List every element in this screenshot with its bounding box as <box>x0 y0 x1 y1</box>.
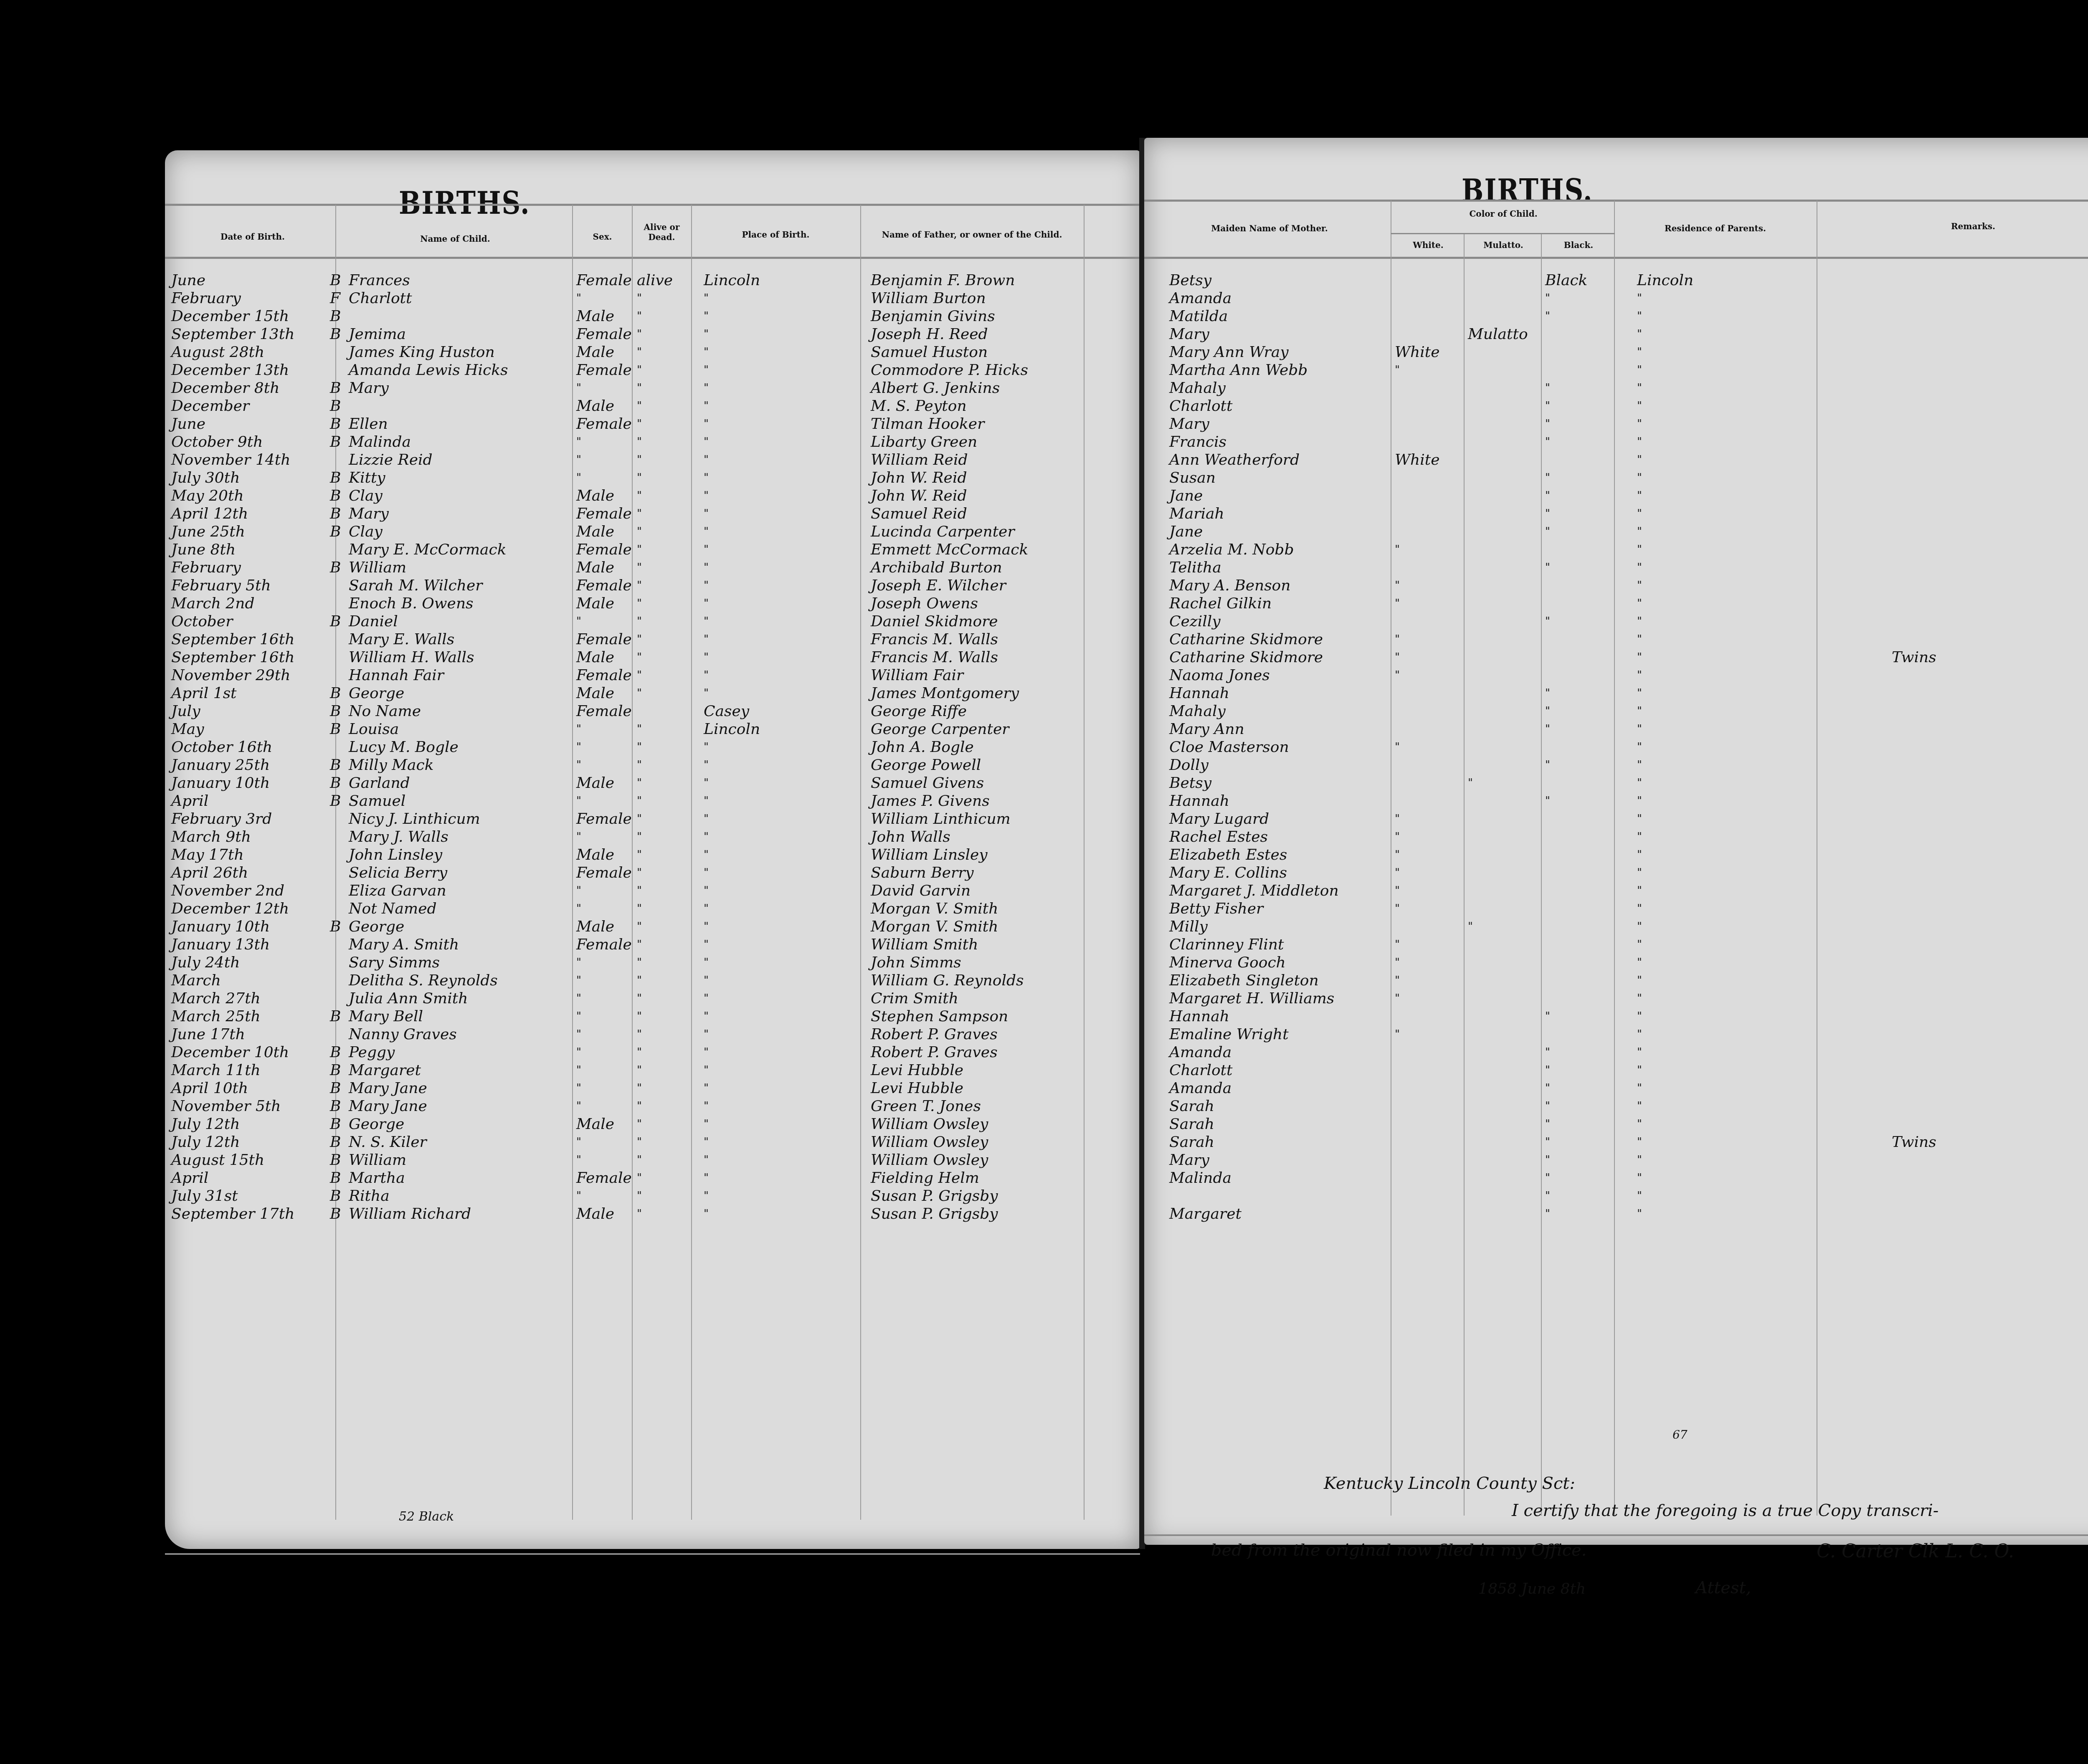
cell-black: " <box>1545 307 1550 325</box>
cell-alive: " <box>637 1025 642 1043</box>
cell-black: " <box>1545 1097 1550 1115</box>
cell-residence: " <box>1637 1079 1642 1097</box>
cell-name: Louisa <box>349 720 399 738</box>
cell-white: " <box>1395 595 1400 612</box>
cell-father: Benjamin F. Brown <box>871 271 1015 289</box>
cell-alive: " <box>637 523 642 541</box>
cell-mother: Susan <box>1169 469 1216 487</box>
cell-mother: Amanda <box>1169 289 1232 307</box>
cell-alive: " <box>637 1007 642 1025</box>
cell-place: Lincoln <box>704 720 760 738</box>
cell-date: June <box>171 415 205 433</box>
cell-father: William Fair <box>871 666 963 684</box>
cell-name: Lizzie Reid <box>349 451 433 469</box>
cell-mark: B <box>330 1151 341 1169</box>
cell-sex: " <box>576 612 581 630</box>
cell-date: April 12th <box>171 505 248 523</box>
cell-name: Sarah M. Wilcher <box>349 577 482 595</box>
cell-mark: B <box>330 469 341 487</box>
cell-residence: " <box>1637 1133 1642 1151</box>
cell-place: " <box>704 343 709 361</box>
cell-mother: Mary Lugard <box>1169 810 1269 828</box>
cell-residence: " <box>1637 379 1642 397</box>
cell-place: " <box>704 792 709 810</box>
cell-place: " <box>704 541 709 559</box>
cell-name: Milly Mack <box>349 756 433 774</box>
cell-date: December 12th <box>171 900 289 918</box>
record-row-right: Cloe Masterson"" <box>1144 738 2088 756</box>
cell-mother: Catharine Skidmore <box>1169 648 1323 666</box>
cell-alive: " <box>637 738 642 756</box>
cell-name: Ellen <box>349 415 388 433</box>
cell-name: George <box>349 1115 404 1133</box>
cell-date: December <box>171 397 249 415</box>
cell-residence: " <box>1637 810 1642 828</box>
cell-mother: Mary E. Collins <box>1169 864 1287 882</box>
cell-name: Lucy M. Bogle <box>349 738 459 756</box>
cell-residence: " <box>1637 289 1642 307</box>
cell-mother: Amanda <box>1169 1079 1232 1097</box>
header-color-of-child: Color of Child. <box>1393 209 1614 219</box>
record-row-right: Cezilly"" <box>1144 612 2088 630</box>
cell-black: Black <box>1545 271 1587 289</box>
record-row-left: August 15thBWilliam"""William Owsley <box>165 1151 1140 1169</box>
record-row-right: Margaret J. Middleton"" <box>1144 882 2088 900</box>
cell-father: William G. Reynolds <box>871 972 1024 990</box>
record-row-left: January 25thBMilly Mack"""George Powell <box>165 756 1140 774</box>
record-row-right: Betsy"" <box>1144 774 2088 792</box>
record-row-left: April 12thBMaryFemale""Samuel Reid <box>165 505 1140 523</box>
cell-father: Green T. Jones <box>871 1097 981 1115</box>
record-row-left: November 2ndEliza Garvan"""David Garvin <box>165 882 1140 900</box>
cell-mark: B <box>330 1061 341 1079</box>
cell-date: February 5th <box>171 577 271 595</box>
cell-mother: Mary <box>1169 1151 1209 1169</box>
cell-sex: Female <box>576 577 631 595</box>
cell-sex: Female <box>576 325 631 343</box>
header-top-rule <box>1144 200 2088 202</box>
cell-residence: " <box>1637 595 1642 612</box>
cell-place: " <box>704 415 709 433</box>
cell-sex: " <box>576 1025 581 1043</box>
cell-mark: B <box>330 1187 341 1205</box>
record-row-left: October 16thLucy M. Bogle"""John A. Bogl… <box>165 738 1140 756</box>
cell-place: " <box>704 1115 709 1133</box>
cell-place: Casey <box>704 702 749 720</box>
cell-mark: B <box>330 271 341 289</box>
cell-residence: Lincoln <box>1637 271 1693 289</box>
record-row-left: January 10thBGarlandMale""Samuel Givens <box>165 774 1140 792</box>
record-row-right: Dolly"" <box>1144 756 2088 774</box>
record-row-right: Betty Fisher"" <box>1144 900 2088 918</box>
cell-residence: " <box>1637 900 1642 918</box>
record-row-left: April 10thBMary Jane"""Levi Hubble <box>165 1079 1140 1097</box>
record-row-left: October 9thBMalinda"""Libarty Green <box>165 433 1140 451</box>
record-row-left: January 10thBGeorgeMale""Morgan V. Smith <box>165 918 1140 936</box>
cell-sex: " <box>576 738 581 756</box>
cell-residence: " <box>1637 720 1642 738</box>
cell-father: George Carpenter <box>871 720 1009 738</box>
cell-father: George Riffe <box>871 702 967 720</box>
cell-mother: Clarinney Flint <box>1169 936 1284 954</box>
cell-mulatto: Mulatto <box>1468 325 1528 343</box>
right-page-title: BIRTHS. <box>1462 172 1593 209</box>
record-row-left: March 27thJulia Ann Smith"""Crim Smith <box>165 990 1140 1007</box>
record-row-right: Sarah"" <box>1144 1097 2088 1115</box>
cell-white: White <box>1395 451 1439 469</box>
record-row-right: Martha Ann Webb"" <box>1144 361 2088 379</box>
cell-white: " <box>1395 954 1400 972</box>
cell-father: Susan P. Grigsby <box>871 1187 998 1205</box>
cell-place: " <box>704 469 709 487</box>
cell-white: " <box>1395 1025 1400 1043</box>
cell-name: Malinda <box>349 433 411 451</box>
cell-name: Ritha <box>349 1187 390 1205</box>
cell-alive: " <box>637 1169 642 1187</box>
record-row-right: Minerva Gooch"" <box>1144 954 2088 972</box>
cell-mother: Catharine Skidmore <box>1169 630 1323 648</box>
cell-date: April <box>171 792 208 810</box>
cell-white: " <box>1395 990 1400 1007</box>
cell-father: Lucinda Carpenter <box>871 523 1015 541</box>
record-row-right: BetsyBlackLincoln <box>1144 271 2088 289</box>
cell-sex: " <box>576 720 581 738</box>
cell-father: Saburn Berry <box>871 864 974 882</box>
cell-sex: Male <box>576 846 614 864</box>
cell-white: " <box>1395 541 1400 559</box>
cell-mulatto: " <box>1468 918 1473 936</box>
cell-father: Emmett McCormack <box>871 541 1028 559</box>
cell-residence: " <box>1637 1043 1642 1061</box>
cell-father: Tilman Hooker <box>871 415 984 433</box>
cell-mother: Ann Weatherford <box>1169 451 1300 469</box>
record-row-left: May 20thBClayMale""John W. Reid <box>165 487 1140 505</box>
cell-mark: B <box>330 1097 341 1115</box>
header-alive-or-dead: Alive or Dead. <box>633 222 690 242</box>
cell-residence: " <box>1637 559 1642 577</box>
record-row-left: April 1stBGeorgeMale""James Montgomery <box>165 684 1140 702</box>
cell-sex: Male <box>576 1115 614 1133</box>
cell-date: March 9th <box>171 828 251 846</box>
cell-white: " <box>1395 577 1400 595</box>
cell-father: Susan P. Grigsby <box>871 1205 998 1223</box>
cell-white: " <box>1395 630 1400 648</box>
cell-sex: Male <box>576 1205 614 1223</box>
footer-rule <box>1144 1534 2088 1536</box>
cell-place: " <box>704 1061 709 1079</box>
record-row-left: July 30thBKitty"""John W. Reid <box>165 469 1140 487</box>
cell-date: January 25th <box>171 756 270 774</box>
cell-mother: Mary A. Benson <box>1169 577 1290 595</box>
cell-place: " <box>704 1043 709 1061</box>
cell-sex: " <box>576 1151 581 1169</box>
cell-mark: B <box>330 379 341 397</box>
cell-place: " <box>704 379 709 397</box>
cell-mother: Hannah <box>1169 792 1229 810</box>
cell-father: John W. Reid <box>871 487 967 505</box>
cell-white: " <box>1395 864 1400 882</box>
cell-place: " <box>704 612 709 630</box>
cell-alive: " <box>637 684 642 702</box>
cell-mark: B <box>330 1043 341 1061</box>
cell-white: " <box>1395 361 1400 379</box>
cell-sex: " <box>576 828 581 846</box>
cell-sex: Female <box>576 630 631 648</box>
cell-sex: " <box>576 433 581 451</box>
cell-place: " <box>704 810 709 828</box>
record-row-left: September 16thWilliam H. WallsMale""Fran… <box>165 648 1140 666</box>
cell-place: " <box>704 954 709 972</box>
cell-sex: " <box>576 792 581 810</box>
record-row-left: December 12thNot Named"""Morgan V. Smith <box>165 900 1140 918</box>
cell-black: " <box>1545 1061 1550 1079</box>
cell-residence: " <box>1637 1187 1642 1205</box>
cell-mother: Mary Ann Wray <box>1169 343 1289 361</box>
record-row-right: Arzelia M. Nobb"" <box>1144 541 2088 559</box>
cell-mother: Francis <box>1169 433 1226 451</box>
cell-mother: Sarah <box>1169 1097 1214 1115</box>
cell-date: July 30th <box>171 469 240 487</box>
cell-name: Eliza Garvan <box>349 882 446 900</box>
cell-mulatto: " <box>1468 774 1473 792</box>
certification-line-3: bed from the original now filed in my Of… <box>1211 1541 1586 1560</box>
cell-residence: " <box>1637 577 1642 595</box>
cell-mark: B <box>330 918 341 936</box>
attest-label: Attest, <box>1695 1578 1751 1597</box>
cell-mark: B <box>330 325 341 343</box>
cell-sex: Male <box>576 684 614 702</box>
record-row-right: Sarah""Twins <box>1144 1133 2088 1151</box>
cell-mother: Cezilly <box>1169 612 1221 630</box>
cell-residence: " <box>1637 361 1642 379</box>
cell-date: September 16th <box>171 630 294 648</box>
cell-mother: Betty Fisher <box>1169 900 1263 918</box>
cell-black: " <box>1545 1169 1550 1187</box>
cell-name: Sary Simms <box>349 954 440 972</box>
cell-name: No Name <box>349 702 421 720</box>
cell-date: October 16th <box>171 738 272 756</box>
cell-father: Joseph H. Reed <box>871 325 988 343</box>
cell-name: George <box>349 918 404 936</box>
cell-name: Clay <box>349 523 383 541</box>
cell-mark: B <box>330 559 341 577</box>
cell-sex: " <box>576 1097 581 1115</box>
record-row-left: March 11thBMargaret"""Levi Hubble <box>165 1061 1140 1079</box>
header-bottom-rule <box>1144 257 2088 259</box>
cell-sex: Male <box>576 307 614 325</box>
cell-name: Samuel <box>349 792 405 810</box>
cell-alive: " <box>637 505 642 523</box>
cell-sex: Male <box>576 523 614 541</box>
cell-alive: " <box>637 954 642 972</box>
record-row-left: JulyBNo NameFemaleCaseyGeorge Riffe <box>165 702 1140 720</box>
cell-mother: Dolly <box>1169 756 1209 774</box>
cell-father: Joseph E. Wilcher <box>871 577 1006 595</box>
cell-place: Lincoln <box>704 271 760 289</box>
cell-white: " <box>1395 648 1400 666</box>
record-row-right: Hannah"" <box>1144 792 2088 810</box>
cell-place: " <box>704 990 709 1007</box>
cell-father: Archibald Burton <box>871 559 1002 577</box>
cell-residence: " <box>1637 648 1642 666</box>
cell-mother: Mary Ann <box>1169 720 1244 738</box>
cell-father: William Smith <box>871 936 978 954</box>
header-top-rule <box>165 204 1140 206</box>
record-row-right: Mary A. Benson"" <box>1144 577 2088 595</box>
cell-date: November 2nd <box>171 882 284 900</box>
record-row-left: OctoberBDaniel"""Daniel Skidmore <box>165 612 1140 630</box>
record-row-right: Catharine Skidmore""Twins <box>1144 648 2088 666</box>
cell-mother: Emaline Wright <box>1169 1025 1289 1043</box>
cell-place: " <box>704 559 709 577</box>
cell-sex: Male <box>576 774 614 792</box>
cell-date: February <box>171 289 241 307</box>
cell-date: August 15th <box>171 1151 264 1169</box>
cell-name: Martha <box>349 1169 405 1187</box>
cell-residence: " <box>1637 828 1642 846</box>
cell-black: " <box>1545 1187 1550 1205</box>
cell-mother: Betsy <box>1169 271 1211 289</box>
cell-black: " <box>1545 792 1550 810</box>
record-row-left: September 17thBWilliam RichardMale""Susa… <box>165 1205 1140 1223</box>
cell-sex: " <box>576 954 581 972</box>
cell-sex: Male <box>576 487 614 505</box>
record-row-left: FebruaryFCharlott"""William Burton <box>165 289 1140 307</box>
cell-sex: Female <box>576 1169 631 1187</box>
cell-alive: " <box>637 846 642 864</box>
cell-place: " <box>704 1187 709 1205</box>
cell-black: " <box>1545 397 1550 415</box>
color-subheader-rule <box>1391 233 1615 234</box>
cell-date: May 20th <box>171 487 244 505</box>
cell-alive: " <box>637 918 642 936</box>
header-mulatto: Mulatto. <box>1466 240 1541 250</box>
cell-name: Enoch B. Owens <box>349 595 474 612</box>
cell-alive: " <box>637 1115 642 1133</box>
cell-father: Joseph Owens <box>871 595 978 612</box>
cell-place: " <box>704 900 709 918</box>
cell-date: January 10th <box>171 774 270 792</box>
cell-residence: " <box>1637 936 1642 954</box>
cell-black: " <box>1545 1205 1550 1223</box>
record-row-right: Malinda"" <box>1144 1169 2088 1187</box>
cell-name: William <box>349 559 406 577</box>
cell-sex: " <box>576 1079 581 1097</box>
cell-black: " <box>1545 559 1550 577</box>
record-row-right: Amanda"" <box>1144 1043 2088 1061</box>
record-row-left: August 28thJames King HustonMale""Samuel… <box>165 343 1140 361</box>
cell-white: " <box>1395 882 1400 900</box>
cell-date: February <box>171 559 241 577</box>
cell-sex: Female <box>576 361 631 379</box>
cell-father: Samuel Huston <box>871 343 988 361</box>
record-row-right: Matilda"" <box>1144 307 2088 325</box>
cell-name: Selicia Berry <box>349 864 447 882</box>
header-date-of-birth: Date of Birth. <box>173 232 332 242</box>
cell-black: " <box>1545 720 1550 738</box>
cell-name: William Richard <box>349 1205 471 1223</box>
record-row-right: Mahaly"" <box>1144 379 2088 397</box>
cell-place: " <box>704 630 709 648</box>
cell-father: John W. Reid <box>871 469 967 487</box>
record-row-left: June 8thMary E. McCormackFemale""Emmett … <box>165 541 1140 559</box>
cell-sex: Male <box>576 343 614 361</box>
cell-father: Morgan V. Smith <box>871 918 998 936</box>
cell-name: James King Huston <box>349 343 495 361</box>
cell-mark: B <box>330 1205 341 1223</box>
cell-sex: " <box>576 1061 581 1079</box>
record-row-right: Mary Ann WrayWhite" <box>1144 343 2088 361</box>
cell-mark: B <box>330 1133 341 1151</box>
cell-date: January 13th <box>171 936 270 954</box>
cell-father: Daniel Skidmore <box>871 612 998 630</box>
cell-residence: " <box>1637 325 1642 343</box>
cell-alive: " <box>637 810 642 828</box>
cell-father: Robert P. Graves <box>871 1025 998 1043</box>
cell-black: " <box>1545 1079 1550 1097</box>
cell-date: July 31st <box>171 1187 238 1205</box>
cell-name: Garland <box>349 774 410 792</box>
cell-alive: " <box>637 1097 642 1115</box>
cell-alive: " <box>637 990 642 1007</box>
cell-mother: Elizabeth Estes <box>1169 846 1287 864</box>
cell-sex: Male <box>576 918 614 936</box>
cell-name: Daniel <box>349 612 398 630</box>
cell-name: Peggy <box>349 1043 395 1061</box>
record-row-left: July 31stBRitha"""Susan P. Grigsby <box>165 1187 1140 1205</box>
cell-black: " <box>1545 702 1550 720</box>
record-row-left: MarchDelitha S. Reynolds"""William G. Re… <box>165 972 1140 990</box>
clerk-signature: C. Carter Clk L. C. O. <box>1817 1541 2014 1562</box>
cell-mother: Rachel Estes <box>1169 828 1268 846</box>
cell-black: " <box>1545 433 1550 451</box>
cell-father: Levi Hubble <box>871 1061 963 1079</box>
cell-mother: Charlott <box>1169 1061 1233 1079</box>
cell-residence: " <box>1637 415 1642 433</box>
cell-mother: Margaret J. Middleton <box>1169 882 1339 900</box>
cell-alive: " <box>637 1043 642 1061</box>
cell-date: March 2nd <box>171 595 254 612</box>
record-row-left: December 13thAmanda Lewis HicksFemale""C… <box>165 361 1140 379</box>
cell-sex: " <box>576 1187 581 1205</box>
cell-mother: Margaret <box>1169 1205 1242 1223</box>
cell-date: September 17th <box>171 1205 294 1223</box>
left-register-page: BIRTHS. Date of Birth. Name of Child. Se… <box>165 150 1140 1549</box>
record-row-right: Francis"" <box>1144 433 2088 451</box>
cell-place: " <box>704 882 709 900</box>
cell-mark: B <box>330 612 341 630</box>
cell-father: Francis M. Walls <box>871 648 998 666</box>
cell-place: " <box>704 666 709 684</box>
cell-sex: " <box>576 379 581 397</box>
cell-residence: " <box>1637 1097 1642 1115</box>
cell-name: Nicy J. Linthicum <box>349 810 480 828</box>
cell-residence: " <box>1637 702 1642 720</box>
cell-residence: " <box>1637 1151 1642 1169</box>
cell-date: November 5th <box>171 1097 281 1115</box>
cell-mother: Matilda <box>1169 307 1228 325</box>
certification-line-1: Kentucky Lincoln County Sct: <box>1324 1474 1575 1493</box>
cell-place: " <box>704 595 709 612</box>
header-remarks: Remarks. <box>1819 221 2088 231</box>
cell-black: " <box>1545 505 1550 523</box>
cell-sex: Male <box>576 397 614 415</box>
cell-name: Mary <box>349 505 389 523</box>
cell-black: " <box>1545 1133 1550 1151</box>
cell-white: " <box>1395 738 1400 756</box>
cell-name: John Linsley <box>349 846 442 864</box>
cell-alive: " <box>637 1205 642 1223</box>
